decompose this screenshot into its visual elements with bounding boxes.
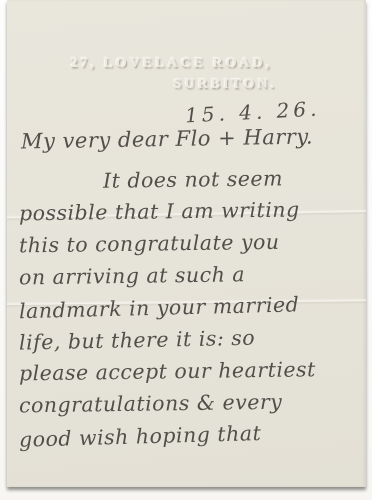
letter-line: It does not seem xyxy=(103,161,362,197)
letterhead-address-line1: 27, LOVELACE ROAD, xyxy=(7,56,366,72)
letter-salutation: My very dear Flo + Harry. xyxy=(21,124,313,153)
letterhead-address-line2: SURBITON. xyxy=(7,77,366,93)
letterhead: 27, LOVELACE ROAD, SURBITON. xyxy=(7,56,366,93)
letter-line: please accept our heartiest xyxy=(19,353,362,390)
letter-line: this to congratulate you xyxy=(19,225,362,262)
letter-paper: 27, LOVELACE ROAD, SURBITON. 15. 4. 26. … xyxy=(7,0,366,487)
letter-date: 15. 4. 26. xyxy=(184,96,320,127)
letter-scan: 27, LOVELACE ROAD, SURBITON. 15. 4. 26. … xyxy=(0,0,372,500)
letter-line: possible that I am writing xyxy=(19,193,362,230)
letter-body: It does not seem possible that I am writ… xyxy=(19,163,362,451)
